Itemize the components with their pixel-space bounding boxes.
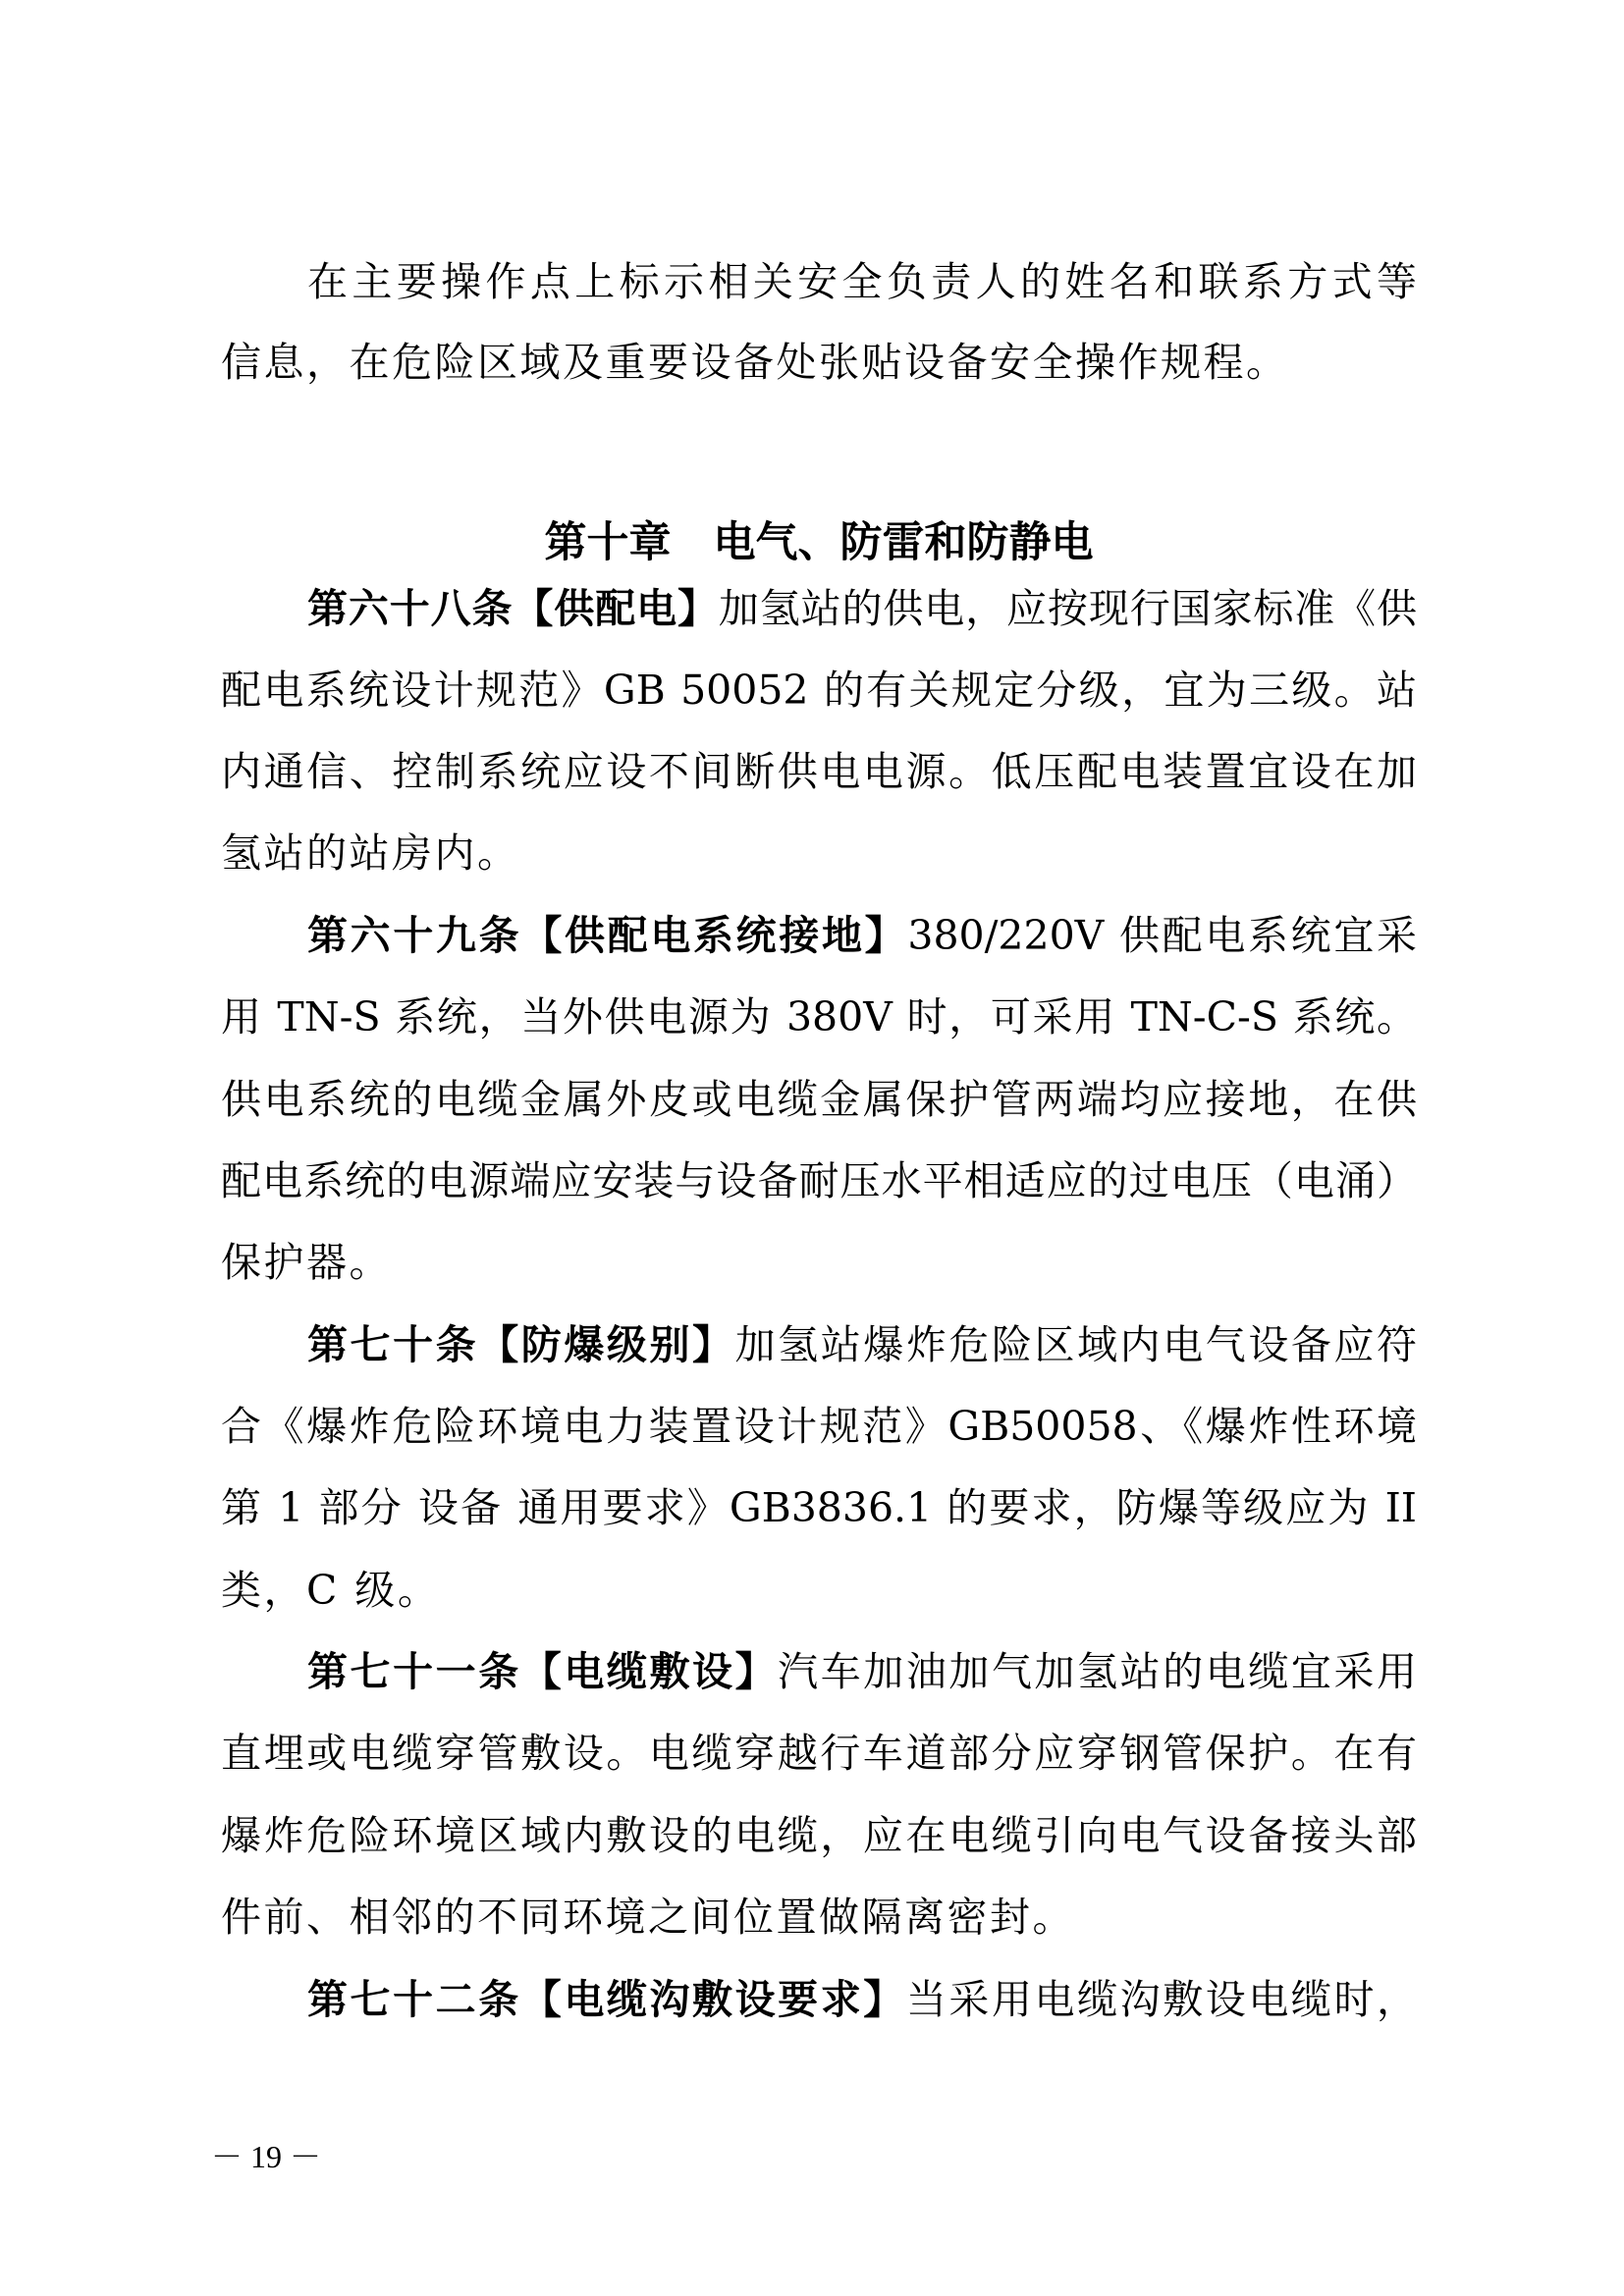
article-69-line-3: 供电系统的电缆金属外皮或电缆金属保护管两端均应接地，在供 (221, 1070, 1417, 1129)
document-page: 在主要操作点上标示相关安全负责人的姓名和联系方式等 信息，在危险区域及重要设备处… (0, 0, 1624, 2296)
article-69-line-4: 配电系统的电源端应安装与设备耐压水平相适应的过电压（电涌） (221, 1151, 1417, 1210)
intro-paragraph-line-2: 信息，在危险区域及重要设备处张贴设备安全操作规程。 (221, 333, 1417, 392)
article-72-line-1: 第七十二条【电缆沟敷设要求】当采用电缆沟敷设电缆时， (307, 1970, 1417, 2029)
article-70-text: 加氢站爆炸危险区域内电气设备应符 (735, 1321, 1417, 1368)
article-70-line-2: 合《爆炸危险环境电力装置设计规范》GB50058、《爆炸性环境 (221, 1397, 1417, 1456)
article-70-line-4: 类，C 级。 (221, 1561, 1417, 1620)
article-69-text: 380/220V 供配电系统宜采 (907, 912, 1417, 959)
article-68-line-3: 内通信、控制系统应设不间断供电电源。低压配电装置宜设在加 (221, 742, 1417, 801)
article-69-heading: 第六十九条【供配电系统接地】 (307, 912, 907, 959)
article-70-heading: 第七十条【防爆级别】 (307, 1321, 735, 1368)
article-68-line-1: 第六十八条【供配电】加氢站的供电，应按现行国家标准《供 (307, 579, 1417, 638)
chapter-title: 第十章 电气、防雷和防静电 (221, 513, 1417, 572)
article-71-text: 汽车加油加气加氢站的电缆宜采用 (778, 1648, 1417, 1695)
article-68-heading: 第六十八条【供配电】 (307, 585, 719, 632)
article-71-line-3: 爆炸危险环境区域内敷设的电缆，应在电缆引向电气设备接头部 (221, 1806, 1417, 1865)
intro-paragraph-line-1: 在主要操作点上标示相关安全负责人的姓名和联系方式等 (307, 252, 1417, 311)
article-68-text: 加氢站的供电，应按现行国家标准《供 (719, 585, 1417, 632)
page-number: － 19 － (211, 2135, 321, 2178)
article-72-heading: 第七十二条【电缆沟敷设要求】 (307, 1976, 906, 2023)
article-69-line-5: 保护器。 (221, 1233, 1417, 1292)
article-69-line-1: 第六十九条【供配电系统接地】380/220V 供配电系统宜采 (307, 906, 1417, 965)
article-70-line-3: 第 1 部分 设备 通用要求》GB3836.1 的要求，防爆等级应为 II (221, 1478, 1417, 1537)
article-71-line-1: 第七十一条【电缆敷设】汽车加油加气加氢站的电缆宜采用 (307, 1642, 1417, 1701)
article-71-line-4: 件前、相邻的不同环境之间位置做隔离密封。 (221, 1888, 1417, 1947)
article-71-line-2: 直埋或电缆穿管敷设。电缆穿越行车道部分应穿钢管保护。在有 (221, 1724, 1417, 1783)
article-71-heading: 第七十一条【电缆敷设】 (307, 1648, 778, 1695)
article-68-line-2: 配电系统设计规范》GB 50052 的有关规定分级，宜为三级。站 (221, 661, 1417, 720)
article-68-line-4: 氢站的站房内。 (221, 824, 1417, 882)
article-70-line-1: 第七十条【防爆级别】加氢站爆炸危险区域内电气设备应符 (307, 1315, 1417, 1374)
article-69-line-2: 用 TN-S 系统，当外供电源为 380V 时，可采用 TN-C-S 系统。 (221, 988, 1417, 1046)
article-72-text: 当采用电缆沟敷设电缆时， (906, 1976, 1417, 2023)
